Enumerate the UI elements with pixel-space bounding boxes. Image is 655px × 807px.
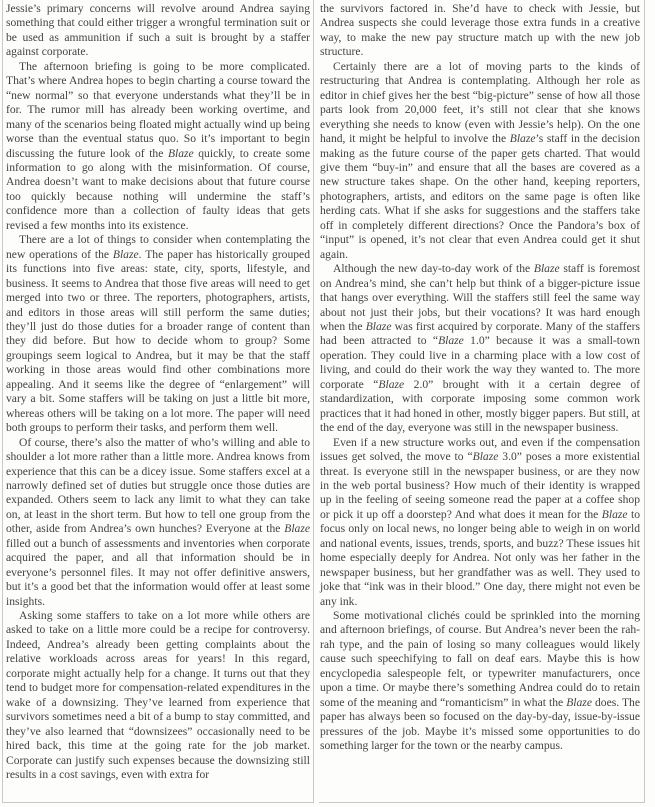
paragraph-text: Although the new day-to-day work of the (333, 262, 534, 275)
paragraph: The afternoon briefing is going to be mo… (6, 60, 310, 233)
paragraph-text: to focus only on local news, no longer b… (320, 508, 640, 608)
publication-name-italic: Blaze (566, 696, 592, 709)
publication-name-italic: Blaze (510, 132, 536, 145)
paragraph-text: Jessie’s primary concerns will revolve a… (6, 2, 310, 58)
paragraph: Even if a new structure works out, and e… (320, 436, 640, 609)
publication-name-italic: Blaze (366, 320, 392, 333)
paragraph-text: filled out a bunch of assessments and in… (6, 537, 310, 608)
paragraph: Certainly there are a lot of moving part… (320, 60, 640, 262)
publication-name-italic: Blaze (378, 378, 404, 391)
paragraph: There are a lot of things to consider wh… (6, 233, 310, 435)
paragraph-text: ’s staff in the decision making as the f… (320, 132, 640, 261)
book-page: Jessie’s primary concerns will revolve a… (0, 0, 655, 807)
text-column-right: the survivors factored in. She’d have to… (319, 0, 645, 803)
paragraph: Asking some staffers to take on a lot mo… (6, 609, 310, 782)
paragraph-text: Some motivational clichés could be sprin… (320, 609, 640, 709)
publication-name-italic: Blaze (113, 248, 139, 261)
paragraph: Although the new day-to-day work of the … (320, 262, 640, 435)
paragraph: Some motivational clichés could be sprin… (320, 609, 640, 754)
publication-name-italic: Blaze (534, 262, 560, 275)
paragraph: Jessie’s primary concerns will revolve a… (6, 2, 310, 60)
paragraph-text: the survivors factored in. She’d have to… (320, 2, 640, 58)
publication-name-italic: Blaze (602, 508, 628, 521)
publication-name-italic: Blaze (284, 522, 310, 535)
paragraph-text: Of course, there’s also the matter of wh… (6, 436, 310, 536)
publication-name-italic: Blaze (438, 334, 464, 347)
paragraph: the survivors factored in. She’d have to… (320, 2, 640, 60)
publication-name-italic: Blaze (168, 147, 194, 160)
publication-name-italic: Blaze (473, 450, 499, 463)
paragraph-text: . The paper has historically grouped its… (6, 248, 310, 434)
paragraph-text: Asking some staffers to take on a lot mo… (6, 609, 310, 781)
paragraph-text: The afternoon briefing is going to be mo… (6, 60, 310, 160)
paragraph: Of course, there’s also the matter of wh… (6, 436, 310, 609)
text-column-left: Jessie’s primary concerns will revolve a… (2, 0, 314, 803)
